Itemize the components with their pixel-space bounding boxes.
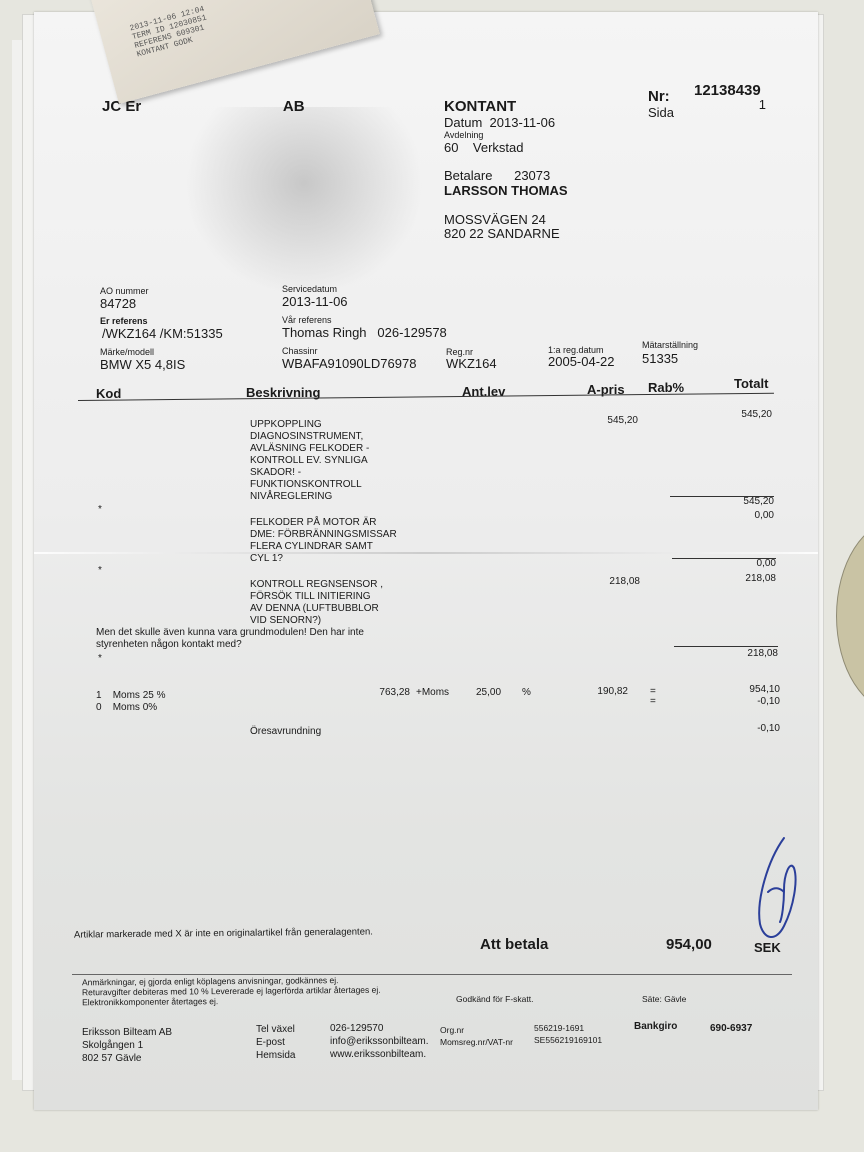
total-label: Att betala bbox=[480, 936, 548, 953]
payer-postal: 820 22 SANDARNE bbox=[444, 226, 560, 241]
rounding-label: Öresavrundning bbox=[250, 726, 321, 738]
vat-row-2: 0 Moms 0% bbox=[96, 702, 157, 714]
ao-number: 84728 bbox=[100, 296, 136, 311]
signature bbox=[754, 830, 814, 940]
footer-company: Eriksson Bilteam ABSkolgången 1802 57 Gä… bbox=[82, 1026, 172, 1065]
item-1-price: 545,20 bbox=[574, 415, 638, 427]
bankgiro-label: Bankgiro bbox=[634, 1021, 677, 1032]
vat-plus: +Moms bbox=[416, 687, 449, 699]
department-label: Avdelning bbox=[444, 130, 483, 140]
model: BMW X5 4,8IS bbox=[100, 357, 185, 372]
vat-pct: % bbox=[522, 687, 531, 699]
rounding-value: -0,10 bbox=[714, 723, 780, 735]
service-date: 2013-11-06 bbox=[282, 294, 348, 309]
vat-row-1: 1 Moms 25 % bbox=[96, 690, 165, 702]
odometer-label: Mätarställning bbox=[642, 340, 698, 350]
your-ref: /WKZ164 /KM:51335 bbox=[102, 326, 223, 341]
item-3-price: 218,08 bbox=[574, 576, 640, 588]
first-reg-date: 2005-04-22 bbox=[548, 354, 615, 369]
item-3-subtotal-rule bbox=[674, 646, 778, 647]
vat-total-2: -0,10 bbox=[714, 696, 780, 708]
header-rule bbox=[78, 393, 774, 401]
item-1-marker: * bbox=[98, 504, 102, 516]
footer-reg-values: 556219-1691SE556219169101 bbox=[534, 1022, 602, 1046]
our-ref: Thomas Ringh 026-129578 bbox=[282, 325, 447, 340]
payer-id: Betalare 23073 bbox=[444, 168, 550, 183]
item-note: Men det skulle även kunna vara grundmodu… bbox=[96, 627, 364, 651]
odometer: 51335 bbox=[642, 351, 678, 366]
vat-eq-2: = bbox=[650, 696, 656, 708]
payer-name: LARSSON THOMAS bbox=[444, 183, 568, 198]
payment-type: KONTANT bbox=[444, 98, 516, 115]
model-label: Märke/modell bbox=[100, 347, 154, 357]
vat-base: 763,28 bbox=[374, 687, 410, 699]
service-date-label: Servicedatum bbox=[282, 284, 337, 294]
page-number: 1 bbox=[734, 97, 766, 112]
item-3-total: 218,08 bbox=[704, 573, 776, 585]
item-2-total: 0,00 bbox=[704, 510, 774, 522]
item-3-description: KONTROLL REGNSENSOR ,FÖRSÖK TILL INITIER… bbox=[250, 579, 383, 627]
our-ref-label: Vår referens bbox=[282, 315, 332, 325]
item-1-description: UPPKOPPLINGDIAGNOSINSTRUMENT,AVLÄSNING F… bbox=[250, 419, 369, 503]
vat-total-1: 954,10 bbox=[714, 684, 780, 696]
footer-reg-labels: Org.nrMomsreg.nr/VAT-nr bbox=[440, 1024, 513, 1048]
footer-contact-labels: Tel växelE-postHemsida bbox=[256, 1023, 295, 1062]
payer-street: MOSSVÄGEN 24 bbox=[444, 212, 546, 227]
chassis-label: Chassinr bbox=[282, 346, 318, 356]
department: 60 Verkstad bbox=[444, 140, 524, 155]
item-1-total: 545,20 bbox=[704, 409, 772, 421]
footer-contact-values: 026-129570info@erikssonbilteam.www.eriks… bbox=[330, 1022, 429, 1061]
reg-number: WKZ164 bbox=[446, 356, 497, 371]
item-3-marker: * bbox=[98, 653, 102, 665]
seat: Säte: Gävle bbox=[642, 994, 686, 1004]
invoice-date: Datum 2013-11-06 bbox=[444, 115, 555, 130]
item-3-subtotal: 218,08 bbox=[704, 648, 778, 660]
footer-notes: Anmärkningar, ej gjorda enligt köplagens… bbox=[82, 975, 381, 1008]
invoice-page: JC Er AB KONTANT Datum 2013-11-06 Avdeln… bbox=[34, 12, 818, 1110]
chassis: WBAFA91090LD76978 bbox=[282, 356, 416, 371]
item-2-marker: * bbox=[98, 565, 102, 577]
vat-rate: 25,00 bbox=[476, 687, 501, 699]
bankgiro: 690-6937 bbox=[710, 1023, 752, 1034]
f-tax: Godkänd för F-skatt. bbox=[456, 994, 533, 1004]
receipt-lines: 2013-11-06 12:04TERM ID 12030851REFERENS… bbox=[129, 5, 213, 60]
item-2-subtotal: 0,00 bbox=[704, 558, 776, 570]
item-2-description: FELKODER PÅ MOTOR ÄRDME: FÖRBRÄNNINGSMIS… bbox=[250, 517, 397, 565]
footer-rule bbox=[72, 974, 792, 975]
ao-label: AO nummer bbox=[100, 286, 149, 296]
disclaimer: Artiklar markerade med X är inte en orig… bbox=[74, 926, 373, 940]
vat-amount: 190,82 bbox=[574, 686, 628, 698]
col-totalt: Totalt bbox=[734, 376, 768, 391]
your-ref-label: Er referens bbox=[100, 316, 148, 326]
invoice-no-label: Nr: bbox=[648, 88, 670, 105]
total-amount: 954,00 bbox=[666, 936, 712, 953]
page-label: Sida bbox=[648, 105, 674, 120]
item-1-subtotal: 545,20 bbox=[704, 496, 774, 508]
company-name: JC Er AB bbox=[102, 98, 305, 115]
total-currency: SEK bbox=[754, 940, 781, 955]
background-disc bbox=[836, 520, 864, 712]
fold-crease bbox=[34, 552, 818, 554]
receipt-shadow bbox=[184, 107, 424, 297]
